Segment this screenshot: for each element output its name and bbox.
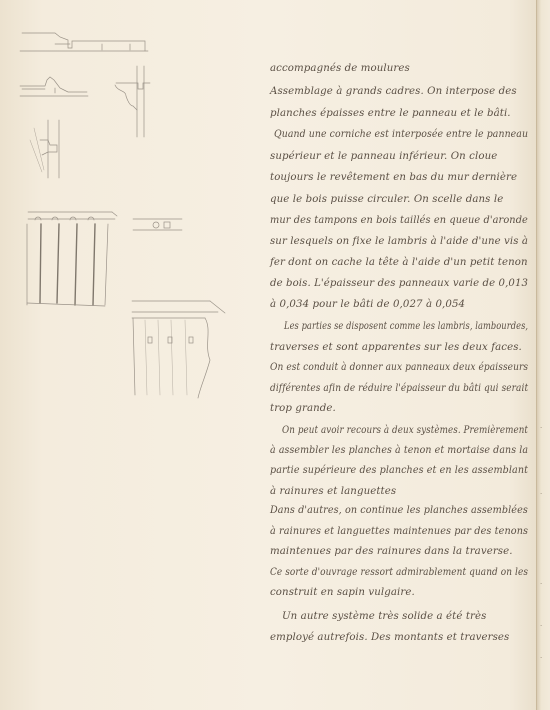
text-line: toujours le revêtement en bas du mur der… [270, 172, 517, 183]
text-line: Quand une corniche est interposée entre … [274, 129, 528, 140]
text-line: Un autre système très solide a été très [282, 611, 486, 622]
text-line: planches épaisses entre le panneau et le… [270, 108, 511, 119]
text-line: On est conduit à donner aux panneaux deu… [270, 362, 528, 373]
text-line: à rainures et languettes [270, 486, 396, 497]
sketch-tongue-groove [133, 219, 182, 230]
text-line: Dans d'autres, on continue les planches … [270, 505, 528, 516]
sketch-moulded-edge [20, 77, 88, 96]
sketch-board-paneling [27, 212, 117, 306]
margin-mark: . [540, 422, 542, 430]
margin-mark: . [540, 620, 542, 628]
text-line: traverses et sont apparentes sur les deu… [270, 342, 522, 353]
margin-mark: . [540, 578, 542, 586]
text-line: à rainures et languettes maintenues par … [270, 526, 528, 537]
text-line: partie supérieure des planches et en les… [270, 465, 528, 476]
text-line: Ce sorte d'ouvrage ressort admirablement… [270, 567, 528, 578]
text-line: Les parties se disposent comme les lambr… [284, 321, 528, 332]
text-line: sur lesquels on fixe le lambris à l'aide… [270, 236, 528, 247]
text-line: maintenues par des rainures dans la trav… [270, 546, 513, 557]
text-line: On peut avoir recours à deux systèmes. P… [282, 425, 528, 436]
text-line: trop grande. [270, 403, 336, 414]
sketch-panel-frame-section [20, 33, 148, 51]
text-line: mur des tampons en bois taillés en queue… [270, 215, 528, 226]
text-line: supérieur et le panneau inférieur. On cl… [270, 151, 497, 162]
text-line: que le bois puisse circuler. On scelle d… [270, 194, 503, 205]
sketch-vertical-joint [30, 120, 59, 178]
margin-mark: . [540, 488, 542, 496]
text-line: fer dont on cache la tête à l'aide d'un … [270, 257, 528, 268]
text-line: à assembler les planches à tenon et mort… [270, 445, 528, 456]
margin-mark: . [540, 652, 542, 660]
adjacent-page-edge [536, 0, 550, 710]
sketch-boarded-wall [132, 301, 225, 398]
text-line: accompagnés de moulures [270, 63, 410, 74]
text-line: employé autrefois. Des montants et trave… [270, 632, 509, 643]
sketch-cornice-profile [115, 66, 150, 137]
text-line: différentes afin de réduire l'épaisseur … [270, 383, 528, 394]
text-line: construit en sapin vulgaire. [270, 587, 415, 598]
text-line: à 0,034 pour le bâti de 0,027 à 0,054 [270, 299, 465, 310]
text-line: de bois. L'épaisseur des panneaux varie … [270, 278, 528, 289]
pencil-sketches [0, 0, 250, 420]
text-line: Assemblage à grands cadres. On interpose… [270, 86, 517, 97]
